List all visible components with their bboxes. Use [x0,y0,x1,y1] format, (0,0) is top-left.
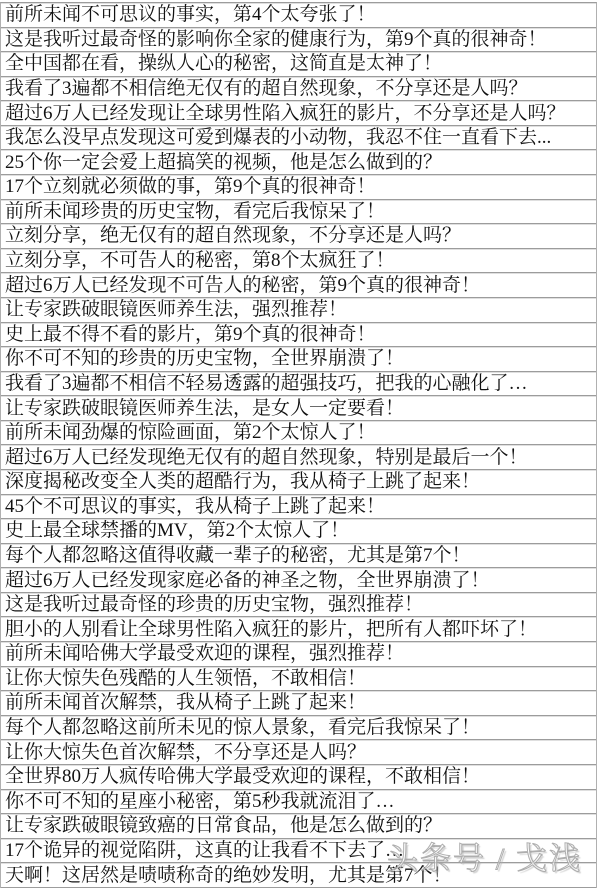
headline-text: 前所未闻哈佛大学最受欢迎的课程，强烈推荐！ [5,644,404,663]
headline-text: 25个你一定会爱上超搞笑的视频，他是怎么做到的？ [5,153,442,172]
headline-row: 深度揭秘改变全人类的超酷行为，我从椅子上跳了起来！ [1,470,596,495]
headline-text: 天啊！这居然是啧啧称奇的绝妙发明，尤其是第7个！ [5,866,452,885]
headline-row: 17个诡异的视觉陷阱，这真的让我看不下去了… [1,839,596,864]
headline-row: 让专家跌破眼镜致癌的日常食品，他是怎么做到的？ [1,814,596,839]
headline-text: 史上最全球禁播的MV，第2个太惊人了！ [5,521,349,540]
headline-row: 每个人都忽略这前所未见的惊人景象，看完后我惊呆了！ [1,716,596,741]
headline-row: 我怎么没早点发现这可爱到爆表的小动物，我忍不住一直看下去... [1,126,596,151]
headline-row: 这是我听过最奇怪的影响你全家的健康行为，第9个真的很神奇！ [1,28,596,53]
headline-text: 让专家跌破眼镜医师养生法，强烈推荐！ [5,300,347,319]
headline-text: 超过6万人已经发现绝无仅有的超自然现象，特别是最后一个！ [5,448,528,467]
headline-row: 每个人都忽略这值得收藏一辈子的秘密，尤其是第7个！ [1,544,596,569]
headline-table: 前所未闻不可思议的事实，第4个太夸张了！这是我听过最奇怪的影响你全家的健康行为，… [0,2,597,888]
headline-text: 我看了3遍都不相信绝无仅有的超自然现象，不分享还是人吗？ [5,79,528,98]
headline-text: 45个不可思议的事实，我从椅子上跳了起来！ [5,497,385,516]
headline-text: 深度揭秘改变全人类的超酷行为，我从椅子上跳了起来！ [5,472,480,491]
headline-row: 史上最全球禁播的MV，第2个太惊人了！ [1,519,596,544]
headline-row: 前所未闻劲爆的惊险画面，第2个太惊人了！ [1,421,596,446]
headline-row: 前所未闻哈佛大学最受欢迎的课程，强烈推荐！ [1,642,596,667]
headline-text: 超过6万人已经发现不可告人的秘密，第9个真的很神奇！ [5,276,480,295]
headline-row: 立刻分享，绝无仅有的超自然现象，不分享还是人吗？ [1,224,596,249]
headline-row: 史上最不得不看的影片，第9个真的很神奇！ [1,323,596,348]
headline-text: 让专家跌破眼镜致癌的日常食品，他是怎么做到的？ [5,816,442,835]
headline-text: 前所未闻劲爆的惊险画面，第2个太惊人了！ [5,423,376,442]
headline-row: 前所未闻不可思议的事实，第4个太夸张了！ [1,3,596,28]
headline-text: 前所未闻首次解禁，我从椅子上跳了起来！ [5,693,366,712]
headline-text: 史上最不得不看的影片，第9个真的很神奇！ [5,325,376,344]
headline-text: 全世界80万人疯传哈佛大学最受欢迎的课程，不敢相信！ [5,767,480,786]
headline-text: 这是我听过最奇怪的珍贵的历史宝物，强烈推荐！ [5,595,423,614]
headline-row: 超过6万人已经发现家庭必备的神圣之物，全世界崩溃了！ [1,568,596,593]
headline-row: 让你大惊失色首次解禁，不分享还是人吗？ [1,740,596,765]
headline-row: 超过6万人已经发现绝无仅有的超自然现象，特别是最后一个！ [1,445,596,470]
headline-text: 17个立刻就必须做的事，第9个真的很神奇！ [5,177,376,196]
headline-row: 立刻分享，不可告人的秘密，第8个太疯狂了！ [1,249,596,274]
headline-row: 你不可不知的珍贵的历史宝物，全世界崩溃了！ [1,347,596,372]
headline-row: 超过6万人已经发现让全球男性陷入疯狂的影片，不分享还是人吗？ [1,101,596,126]
headline-text: 前所未闻珍贵的历史宝物，看完后我惊呆了！ [5,202,385,221]
headline-text: 立刻分享，绝无仅有的超自然现象，不分享还是人吗？ [5,226,461,245]
headline-row: 全中国都在看，操纵人心的秘密，这简直是太神了！ [1,52,596,77]
headline-row: 25个你一定会爱上超搞笑的视频，他是怎么做到的？ [1,150,596,175]
headline-text: 胆小的人别看让全球男性陷入疯狂的影片，把所有人都吓坏了！ [5,620,537,639]
headline-row: 超过6万人已经发现不可告人的秘密，第9个真的很神奇！ [1,273,596,298]
headline-list-page: 前所未闻不可思议的事实，第4个太夸张了！这是我听过最奇怪的影响你全家的健康行为，… [0,0,600,889]
headline-row: 天啊！这居然是啧啧称奇的绝妙发明，尤其是第7个！ [1,863,596,888]
headline-text: 我怎么没早点发现这可爱到爆表的小动物，我忍不住一直看下去... [5,128,551,147]
headline-text: 你不可不知的珍贵的历史宝物，全世界崩溃了！ [5,349,404,368]
headline-row: 前所未闻首次解禁，我从椅子上跳了起来！ [1,691,596,716]
headline-text: 让你大惊失色首次解禁，不分享还是人吗？ [5,743,366,762]
headline-row: 45个不可思议的事实，我从椅子上跳了起来！ [1,495,596,520]
headline-text: 超过6万人已经发现家庭必备的神圣之物，全世界崩溃了！ [5,571,490,590]
headline-text: 你不可不知的星座小秘密，第5秒我就流泪了… [5,792,395,811]
headline-text: 17个诡异的视觉陷阱，这真的让我看不下去了… [5,841,404,860]
headline-text: 我看了3遍都不相信不轻易透露的超强技巧，把我的心融化了… [5,374,528,393]
headline-row: 让你大惊失色残酷的人生领悟，不敢相信！ [1,667,596,692]
headline-text: 超过6万人已经发现让全球男性陷入疯狂的影片，不分享还是人吗？ [5,104,566,123]
headline-text: 前所未闻不可思议的事实，第4个太夸张了！ [5,5,376,24]
headline-row: 让专家跌破眼镜医师养生法，强烈推荐！ [1,298,596,323]
headline-row: 前所未闻珍贵的历史宝物，看完后我惊呆了！ [1,200,596,225]
headline-row: 你不可不知的星座小秘密，第5秒我就流泪了… [1,790,596,815]
headline-text: 让你大惊失色残酷的人生领悟，不敢相信！ [5,669,366,688]
headline-row: 全世界80万人疯传哈佛大学最受欢迎的课程，不敢相信！ [1,765,596,790]
headline-row: 胆小的人别看让全球男性陷入疯狂的影片，把所有人都吓坏了！ [1,617,596,642]
headline-row: 让专家跌破眼镜医师养生法，是女人一定要看！ [1,396,596,421]
headline-row: 我看了3遍都不相信不轻易透露的超强技巧，把我的心融化了… [1,372,596,397]
headline-row: 我看了3遍都不相信绝无仅有的超自然现象，不分享还是人吗？ [1,77,596,102]
headline-text: 立刻分享，不可告人的秘密，第8个太疯狂了！ [5,251,395,270]
headline-row: 这是我听过最奇怪的珍贵的历史宝物，强烈推荐！ [1,593,596,618]
headline-text: 每个人都忽略这值得收藏一辈子的秘密，尤其是第7个！ [5,546,471,565]
headline-text: 全中国都在看，操纵人心的秘密，这简直是太神了！ [5,54,442,73]
headline-text: 让专家跌破眼镜医师养生法，是女人一定要看！ [5,399,404,418]
headline-row: 17个立刻就必须做的事，第9个真的很神奇！ [1,175,596,200]
headline-text: 每个人都忽略这前所未见的惊人景象，看完后我惊呆了！ [5,718,480,737]
headline-text: 这是我听过最奇怪的影响你全家的健康行为，第9个真的很神奇！ [5,30,547,49]
